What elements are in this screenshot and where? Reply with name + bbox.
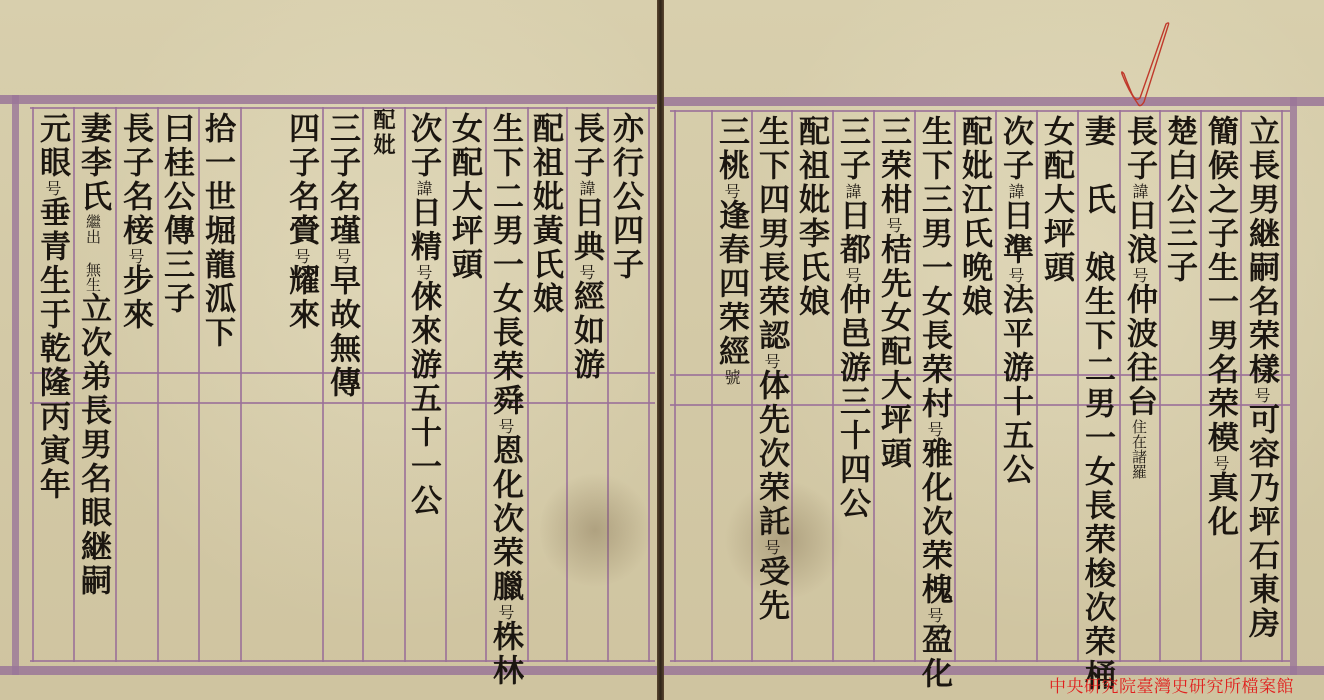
text-column: 曰桂公傳三子 <box>159 112 193 316</box>
column-rule <box>240 107 242 662</box>
text-column: 生下二男一女長荣舜号恩化次荣臘号株林 <box>488 112 522 688</box>
inner-bottom-rule <box>30 660 655 662</box>
frame-left-band <box>12 95 19 675</box>
text-column: 簡候之子生一男名荣模号真化 <box>1203 115 1237 539</box>
text-column: 配妣江氏晩娘 <box>957 115 991 319</box>
right-page: 立長男継嗣名荣樣号可容乃坪石東房 簡候之子生一男名荣模号真化 楚白公三子 長子諱… <box>664 0 1324 700</box>
frame-top-band <box>0 95 660 104</box>
inner-top-rule <box>30 107 655 109</box>
column-rule <box>362 107 364 662</box>
text-column: 長子諱日典号經如游 <box>569 112 603 382</box>
text-column: 三荣柑号桔先女配大坪頭 <box>876 115 910 471</box>
text-column: 長子諱日浪号仲波往台住在諸羅 <box>1122 115 1156 479</box>
inner-top-rule <box>670 110 1290 112</box>
left-page: 亦行公四子 長子諱日典号經如游 配祖妣黃氏娘 生下二男一女長荣舜号恩化次荣臘号株… <box>0 0 660 700</box>
text-column: 四子名賫号耀來 <box>284 112 318 332</box>
inner-bottom-rule <box>670 660 1290 662</box>
column-rule <box>674 110 676 662</box>
text-column: 楚白公三子 <box>1162 115 1196 285</box>
text-column: 次子諱日準号法平游十五公 <box>998 115 1032 487</box>
text-column: 女配大坪頭 <box>447 112 481 282</box>
text-column: 配祖妣黃氏娘 <box>528 112 562 316</box>
text-column: 生下四男長荣認号体先次荣託号受先 <box>754 115 788 623</box>
column-rule <box>1281 110 1283 662</box>
red-checkmark-icon <box>1118 18 1178 118</box>
frame-right-band <box>1290 97 1297 675</box>
text-column: 三子名瑾号早故無傳 <box>325 112 359 400</box>
book-spread: 亦行公四子 長子諱日典号經如游 配祖妣黃氏娘 生下二男一女長荣舜号恩化次荣臘号株… <box>0 0 1324 700</box>
text-column: 亦行公四子 <box>608 112 642 282</box>
text-column: 配祖妣李氏娘 <box>794 115 828 319</box>
column-rule <box>1240 110 1242 662</box>
frame-bottom-band <box>0 666 660 675</box>
paper-stain <box>540 470 650 590</box>
text-column: 生下三男一女長荣村号雅化次荣槐号盈化 <box>917 115 951 691</box>
column-rule <box>648 107 650 662</box>
text-column: 妻 氏 娘生下二男一女長荣梭次荣桶 <box>1080 115 1114 693</box>
text-column: 次子諱日精号倈來游五十一公 <box>406 112 440 518</box>
text-column: 女配大坪頭 <box>1039 115 1073 285</box>
middle-rule-2 <box>30 402 655 404</box>
text-column: 長子名椄号步來 <box>118 112 152 332</box>
column-rule <box>711 110 713 662</box>
archive-watermark: 中央研究院臺灣史研究所檔案館 <box>1049 672 1294 697</box>
text-column: 三子諱日都号仲邑游三十四公 <box>835 115 869 521</box>
text-column: 元眼号垂青生于乾隆丙寅年 <box>35 112 69 502</box>
text-column: 妻李氏繼出 無生立次弟長男名眼継嗣 <box>76 112 110 598</box>
text-column: 拾一世堀龍泒下 <box>200 112 234 350</box>
text-column: 三桃号逢春四荣經號 <box>714 115 748 385</box>
text-column: 立長男継嗣名荣樣号可容乃坪石東房 <box>1244 115 1278 641</box>
book-binding-fold <box>657 0 664 700</box>
frame-top-band <box>664 97 1324 106</box>
text-column: 配妣 <box>366 108 400 158</box>
